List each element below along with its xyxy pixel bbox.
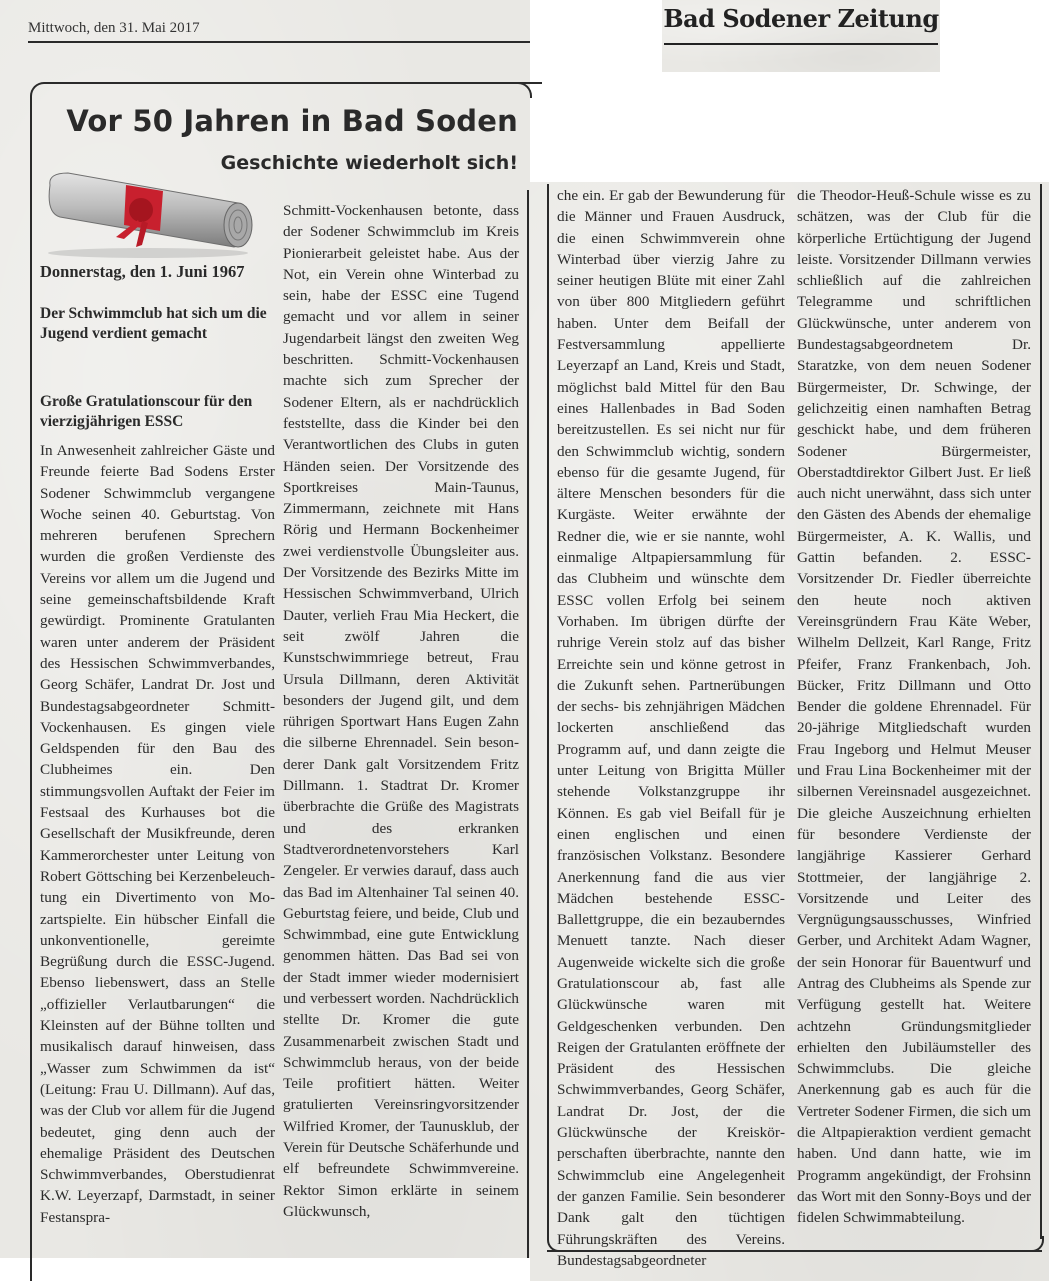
article-column-4: die Theodor-Heuß-Schule wis­se es zu sch… — [797, 185, 1031, 1229]
column-text: che ein. Er gab der Bewunderung für die … — [557, 185, 785, 1271]
article-deck-1: Der Schwimmclub hat sich um die Jugend v… — [40, 304, 275, 344]
column-divider — [527, 190, 529, 1258]
article-column-3: che ein. Er gab der Bewunderung für die … — [557, 185, 785, 1271]
article-deck-2: Große Gratulationscour für den vierzigjä… — [40, 392, 275, 432]
article-frame-left-edge — [547, 184, 549, 1239]
header-rule — [28, 41, 530, 43]
article-subheadline: Geschichte wiederholt sich! — [221, 152, 518, 174]
masthead-rule — [664, 43, 938, 45]
left-newspaper-clipping: Mittwoch, den 31. Mai 2017 Vor 50 Jahren… — [0, 0, 530, 1258]
article-frame-right-edge — [1040, 184, 1042, 1239]
article-column-1: In Anwesenheit zahlreicher Gäs­te und Fr… — [40, 440, 275, 1228]
newspaper-masthead: Bad Sodener Zeitung — [662, 4, 940, 33]
article-column-2: Schmitt-Vockenhausen betonte, dass der S… — [283, 200, 519, 1222]
column-text: In Anwesenheit zahlreicher Gäs­te und Fr… — [40, 440, 275, 1228]
masthead-clipping: Bad Sodener Zeitung — [662, 0, 940, 72]
issue-date: Mittwoch, den 31. Mai 2017 — [28, 20, 200, 37]
article-headline: Vor 50 Jahren in Bad Soden — [66, 104, 518, 138]
column-text: die Theodor-Heuß-Schule wis­se es zu sch… — [797, 185, 1031, 1229]
column-text: Schmitt-Vockenhausen betonte, dass der S… — [283, 200, 519, 1222]
scroll-document-icon — [38, 165, 258, 260]
article-dateline: Donnerstag, den 1. Juni 1967 — [40, 262, 275, 282]
